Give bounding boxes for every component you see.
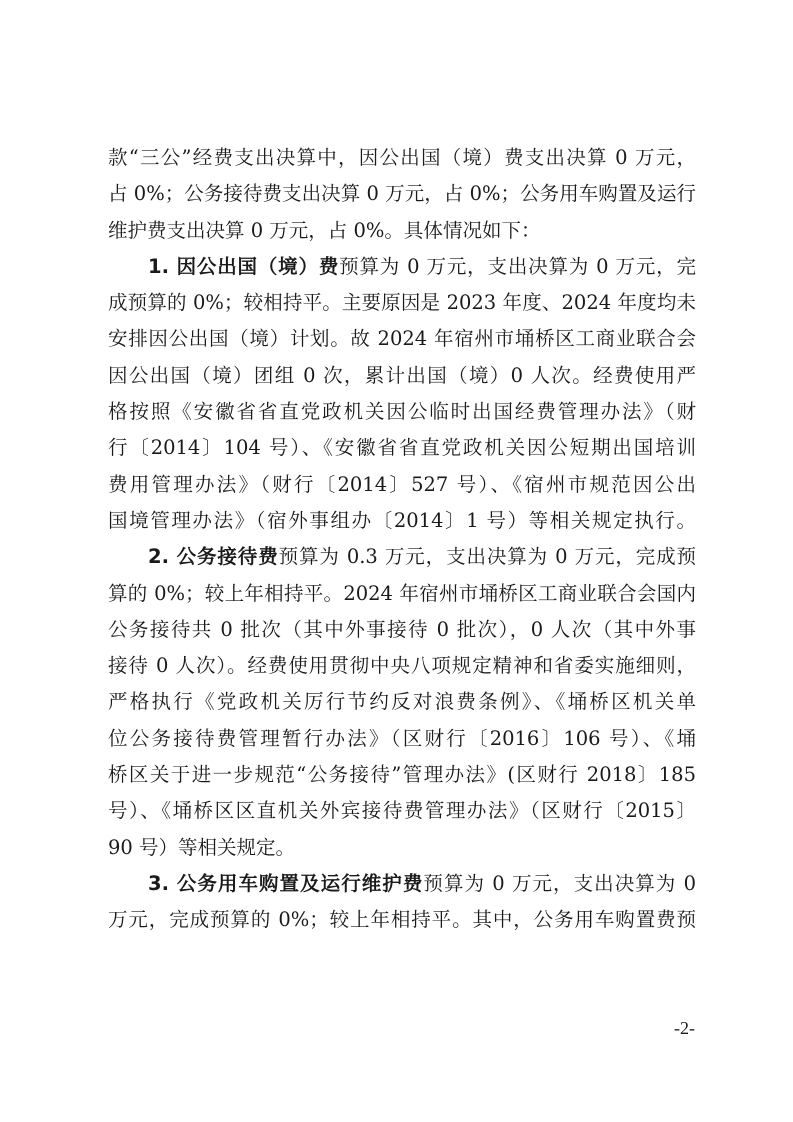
text-line: 款“三公”经费支出决算中，因公出国（境）费支出决算 0 万元， [108, 140, 696, 176]
section-3-first-line: 3. 公务用车购置及运行维护费预算为 0 万元，支出决算为 0 [108, 866, 696, 902]
section-1-first-line: 1. 因公出国（境）费预算为 0 万元，支出决算为 0 万元，完 [108, 249, 696, 285]
text-line: 严格执行《党政机关厉行节约反对浪费条例》、《埇桥区机关单 [108, 684, 696, 720]
text-line: 因公出国（境）团组 0 次，累计出国（境）0 人次。经费使用严 [108, 358, 696, 394]
text-line: 格按照《安徽省省直党政机关因公临时出国经费管理办法》（财 [108, 394, 696, 430]
text-line: 90 号）等相关规定。 [108, 830, 696, 866]
text-line: 号）、《埇桥区区直机关外宾接待费管理办法》（区财行〔2015〕 [108, 793, 696, 829]
text-line: 桥区关于进一步规范“公务接待”管理办法》(区财行 2018〕185 [108, 757, 696, 793]
section-3-heading: 3. 公务用车购置及运行维护费 [148, 872, 423, 895]
text-line: 费用管理办法》（财行〔2014〕527 号）、《宿州市规范因公出 [108, 467, 696, 503]
text-line: 安排因公出国（境）计划。故 2024 年宿州市埇桥区工商业联合会 [108, 321, 696, 357]
document-body: 款“三公”经费支出决算中，因公出国（境）费支出决算 0 万元， 占 0%；公务接… [108, 140, 696, 939]
text-line: 接待 0 人次）。经费使用贯彻中央八项规定精神和省委实施细则， [108, 648, 696, 684]
text-line: 国境管理办法》（宿外事组办〔2014〕1 号）等相关规定执行。 [108, 503, 696, 539]
text-line: 万元，完成预算的 0%；较上年相持平。其中，公务用车购置费预 [108, 902, 696, 938]
text-line: 占 0%；公务接待费支出决算 0 万元，占 0%；公务用车购置及运行 [108, 176, 696, 212]
section-1-heading: 1. 因公出国（境）费 [148, 255, 339, 278]
section-2-heading: 2. 公务接待费 [148, 545, 279, 568]
text-line: 行〔2014〕104 号）、《安徽省省直党政机关因公短期出国培训 [108, 430, 696, 466]
section-2-first-line: 2. 公务接待费预算为 0.3 万元，支出决算为 0 万元，完成预 [108, 539, 696, 575]
text-line: 算的 0%；较上年相持平。2024 年宿州市埇桥区工商业联合会国内 [108, 576, 696, 612]
text-line: 成预算的 0%；较相持平。主要原因是 2023 年度、2024 年度均未 [108, 285, 696, 321]
page-number: -2- [674, 1018, 695, 1039]
text-line: 位公务接待费管理暂行办法》（区财行〔2016〕106 号）、《埇 [108, 721, 696, 757]
text-line: 公务接待共 0 批次（其中外事接待 0 批次），0 人次（其中外事 [108, 612, 696, 648]
text-line: 维护费支出决算 0 万元，占 0%。具体情况如下： [108, 213, 696, 249]
